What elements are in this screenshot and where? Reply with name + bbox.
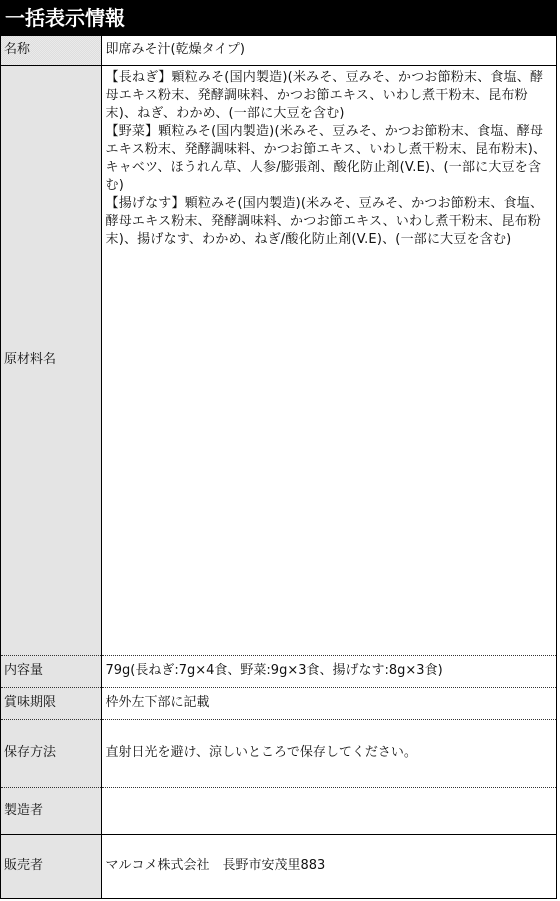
label-storage: 保存方法	[1, 719, 101, 787]
value-name: 即席みそ汁(乾燥タイプ)	[101, 36, 556, 65]
row-best-before: 賞味期限 枠外左下部に記載	[1, 687, 556, 719]
row-seller: 販売者 マルコメ株式会社 長野市安茂里883	[1, 834, 556, 898]
label-content-amount: 内容量	[1, 655, 101, 687]
ingredients-naganegi: 【長ねぎ】顆粒みそ(国内製造)(米みそ、豆みそ、かつお節粉末、食塩、酵母エキス粉…	[106, 69, 555, 123]
value-manufacturer	[101, 787, 556, 834]
row-storage: 保存方法 直射日光を避け、涼しいところで保存してください。	[1, 719, 556, 787]
value-ingredients: 【長ねぎ】顆粒みそ(国内製造)(米みそ、豆みそ、かつお節粉末、食塩、酵母エキス粉…	[101, 65, 556, 655]
value-content-amount: 79g(長ねぎ:7g×4食、野菜:9g×3食、揚げなす:8g×3食)	[101, 655, 556, 687]
value-storage: 直射日光を避け、涼しいところで保存してください。	[101, 719, 556, 787]
label-seller: 販売者	[1, 834, 101, 898]
ingredients-agenasu: 【揚げなす】顆粒みそ(国内製造)(米みそ、豆みそ、かつお節粉末、食塩、酵母エキス…	[106, 195, 555, 249]
panel-title: 一括表示情報	[1, 1, 556, 36]
row-ingredients: 原材料名 【長ねぎ】顆粒みそ(国内製造)(米みそ、豆みそ、かつお節粉末、食塩、酵…	[1, 65, 556, 655]
label-manufacturer: 製造者	[1, 787, 101, 834]
ingredients-yasai: 【野菜】顆粒みそ(国内製造)(米みそ、豆みそ、かつお節粉末、食塩、酵母エキス粉末…	[106, 123, 555, 195]
label-name: 名称	[1, 36, 101, 65]
value-best-before: 枠外左下部に記載	[101, 687, 556, 719]
value-seller: マルコメ株式会社 長野市安茂里883	[101, 834, 556, 898]
food-label-panel: 一括表示情報 名称 即席みそ汁(乾燥タイプ) 原材料名 【長ねぎ】顆粒みそ(国内…	[0, 0, 557, 899]
row-content-amount: 内容量 79g(長ねぎ:7g×4食、野菜:9g×3食、揚げなす:8g×3食)	[1, 655, 556, 687]
label-ingredients: 原材料名	[1, 65, 101, 655]
row-name: 名称 即席みそ汁(乾燥タイプ)	[1, 36, 556, 65]
label-best-before: 賞味期限	[1, 687, 101, 719]
food-info-table: 名称 即席みそ汁(乾燥タイプ) 原材料名 【長ねぎ】顆粒みそ(国内製造)(米みそ…	[1, 36, 556, 898]
row-manufacturer: 製造者	[1, 787, 556, 834]
